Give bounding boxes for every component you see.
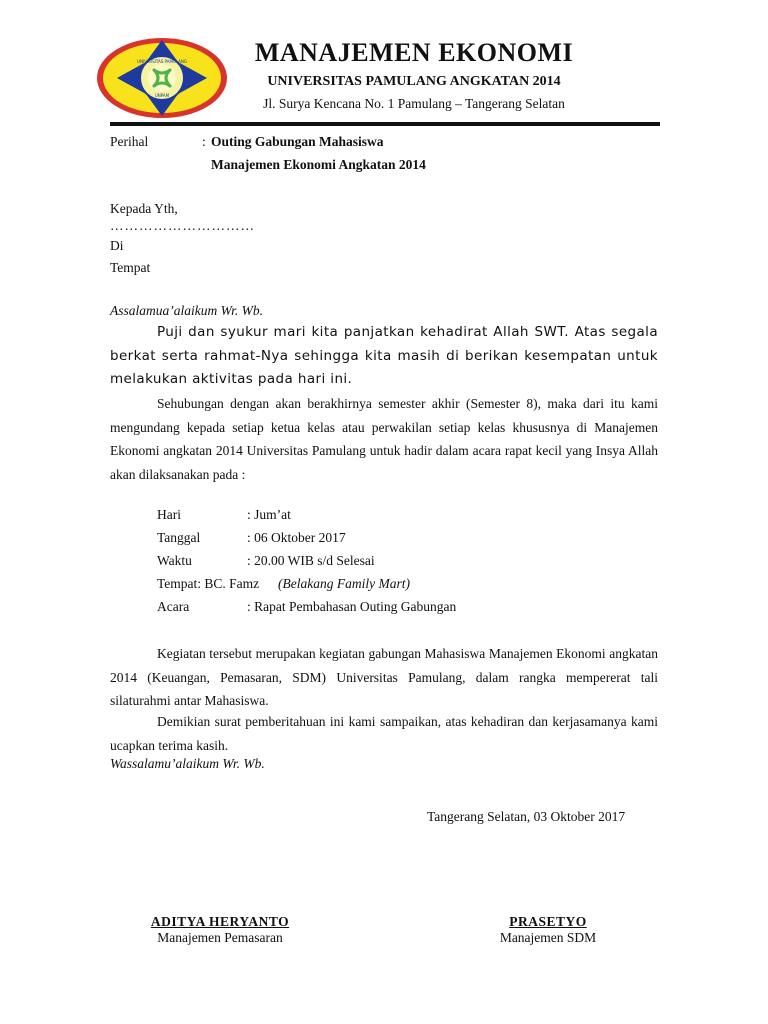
detail-value-tanggal: : 06 Oktober 2017 [247,530,346,546]
recipient-place: Tempat [110,260,150,276]
detail-label-tempat: Tempat: BC. Famz [157,576,259,592]
subject-separator: : [202,134,206,150]
paragraph-3: Kegiatan tersebut merupakan kegiatan gab… [110,642,658,713]
svg-text:UNPAM: UNPAM [155,93,170,98]
detail-label-acara: Acara [157,599,189,615]
detail-value-hari: : Jum’at [247,507,291,523]
letterhead-address: Jl. Surya Kencana No. 1 Pamulang – Tange… [234,96,594,112]
detail-value-acara: : Rapat Pembahasan Outing Gabungan [247,599,456,615]
place-date: Tangerang Selatan, 03 Oktober 2017 [427,809,625,825]
paragraph-1: Puji dan syukur mari kita panjatkan keha… [110,321,658,392]
recipient-placeholder: ………………………… [110,218,255,234]
signatory-role: Manajemen Pemasaran [120,930,320,946]
recipient-salutation: Kepada Yth, [110,201,178,217]
signatory-name: ADITYA HERYANTO [120,914,320,930]
paragraph-2: Sehubungan dengan akan berakhirnya semes… [110,392,658,486]
unpam-emblem-icon: UNIVERSITAS PAMULANG UNPAM [95,36,229,120]
subject-label: Perihal [110,134,148,150]
letterhead-subtitle: UNIVERSITAS PAMULANG ANGKATAN 2014 [234,74,594,90]
subject-line-2: Manajemen Ekonomi Angkatan 2014 [211,157,426,173]
signatory-left: ADITYA HERYANTO Manajemen Pemasaran [120,914,320,946]
detail-label-hari: Hari [157,507,181,523]
opening-greeting: Assalamua’alaikum Wr. Wb. [110,303,263,319]
university-logo: UNIVERSITAS PAMULANG UNPAM [95,36,229,120]
paragraph-4: Demikian surat pemberitahuan ini kami sa… [110,710,658,757]
detail-label-waktu: Waktu [157,553,192,569]
detail-value-waktu: : 20.00 WIB s/d Selesai [247,553,375,569]
subject-line-1: Outing Gabungan Mahasiswa [211,134,384,150]
signatory-role: Manajemen SDM [448,930,648,946]
signatory-name: PRASETYO [448,914,648,930]
detail-label-tanggal: Tanggal [157,530,200,546]
letterhead-divider [110,122,660,126]
svg-text:UNIVERSITAS PAMULANG: UNIVERSITAS PAMULANG [137,59,187,64]
signatory-right: PRASETYO Manajemen SDM [448,914,648,946]
closing-greeting: Wassalamu’alaikum Wr. Wb. [110,756,265,772]
recipient-di: Di [110,238,124,254]
detail-value-tempat: (Belakang Family Mart) [278,576,410,592]
letterhead-title: MANAJEMEN EKONOMI [234,38,594,68]
